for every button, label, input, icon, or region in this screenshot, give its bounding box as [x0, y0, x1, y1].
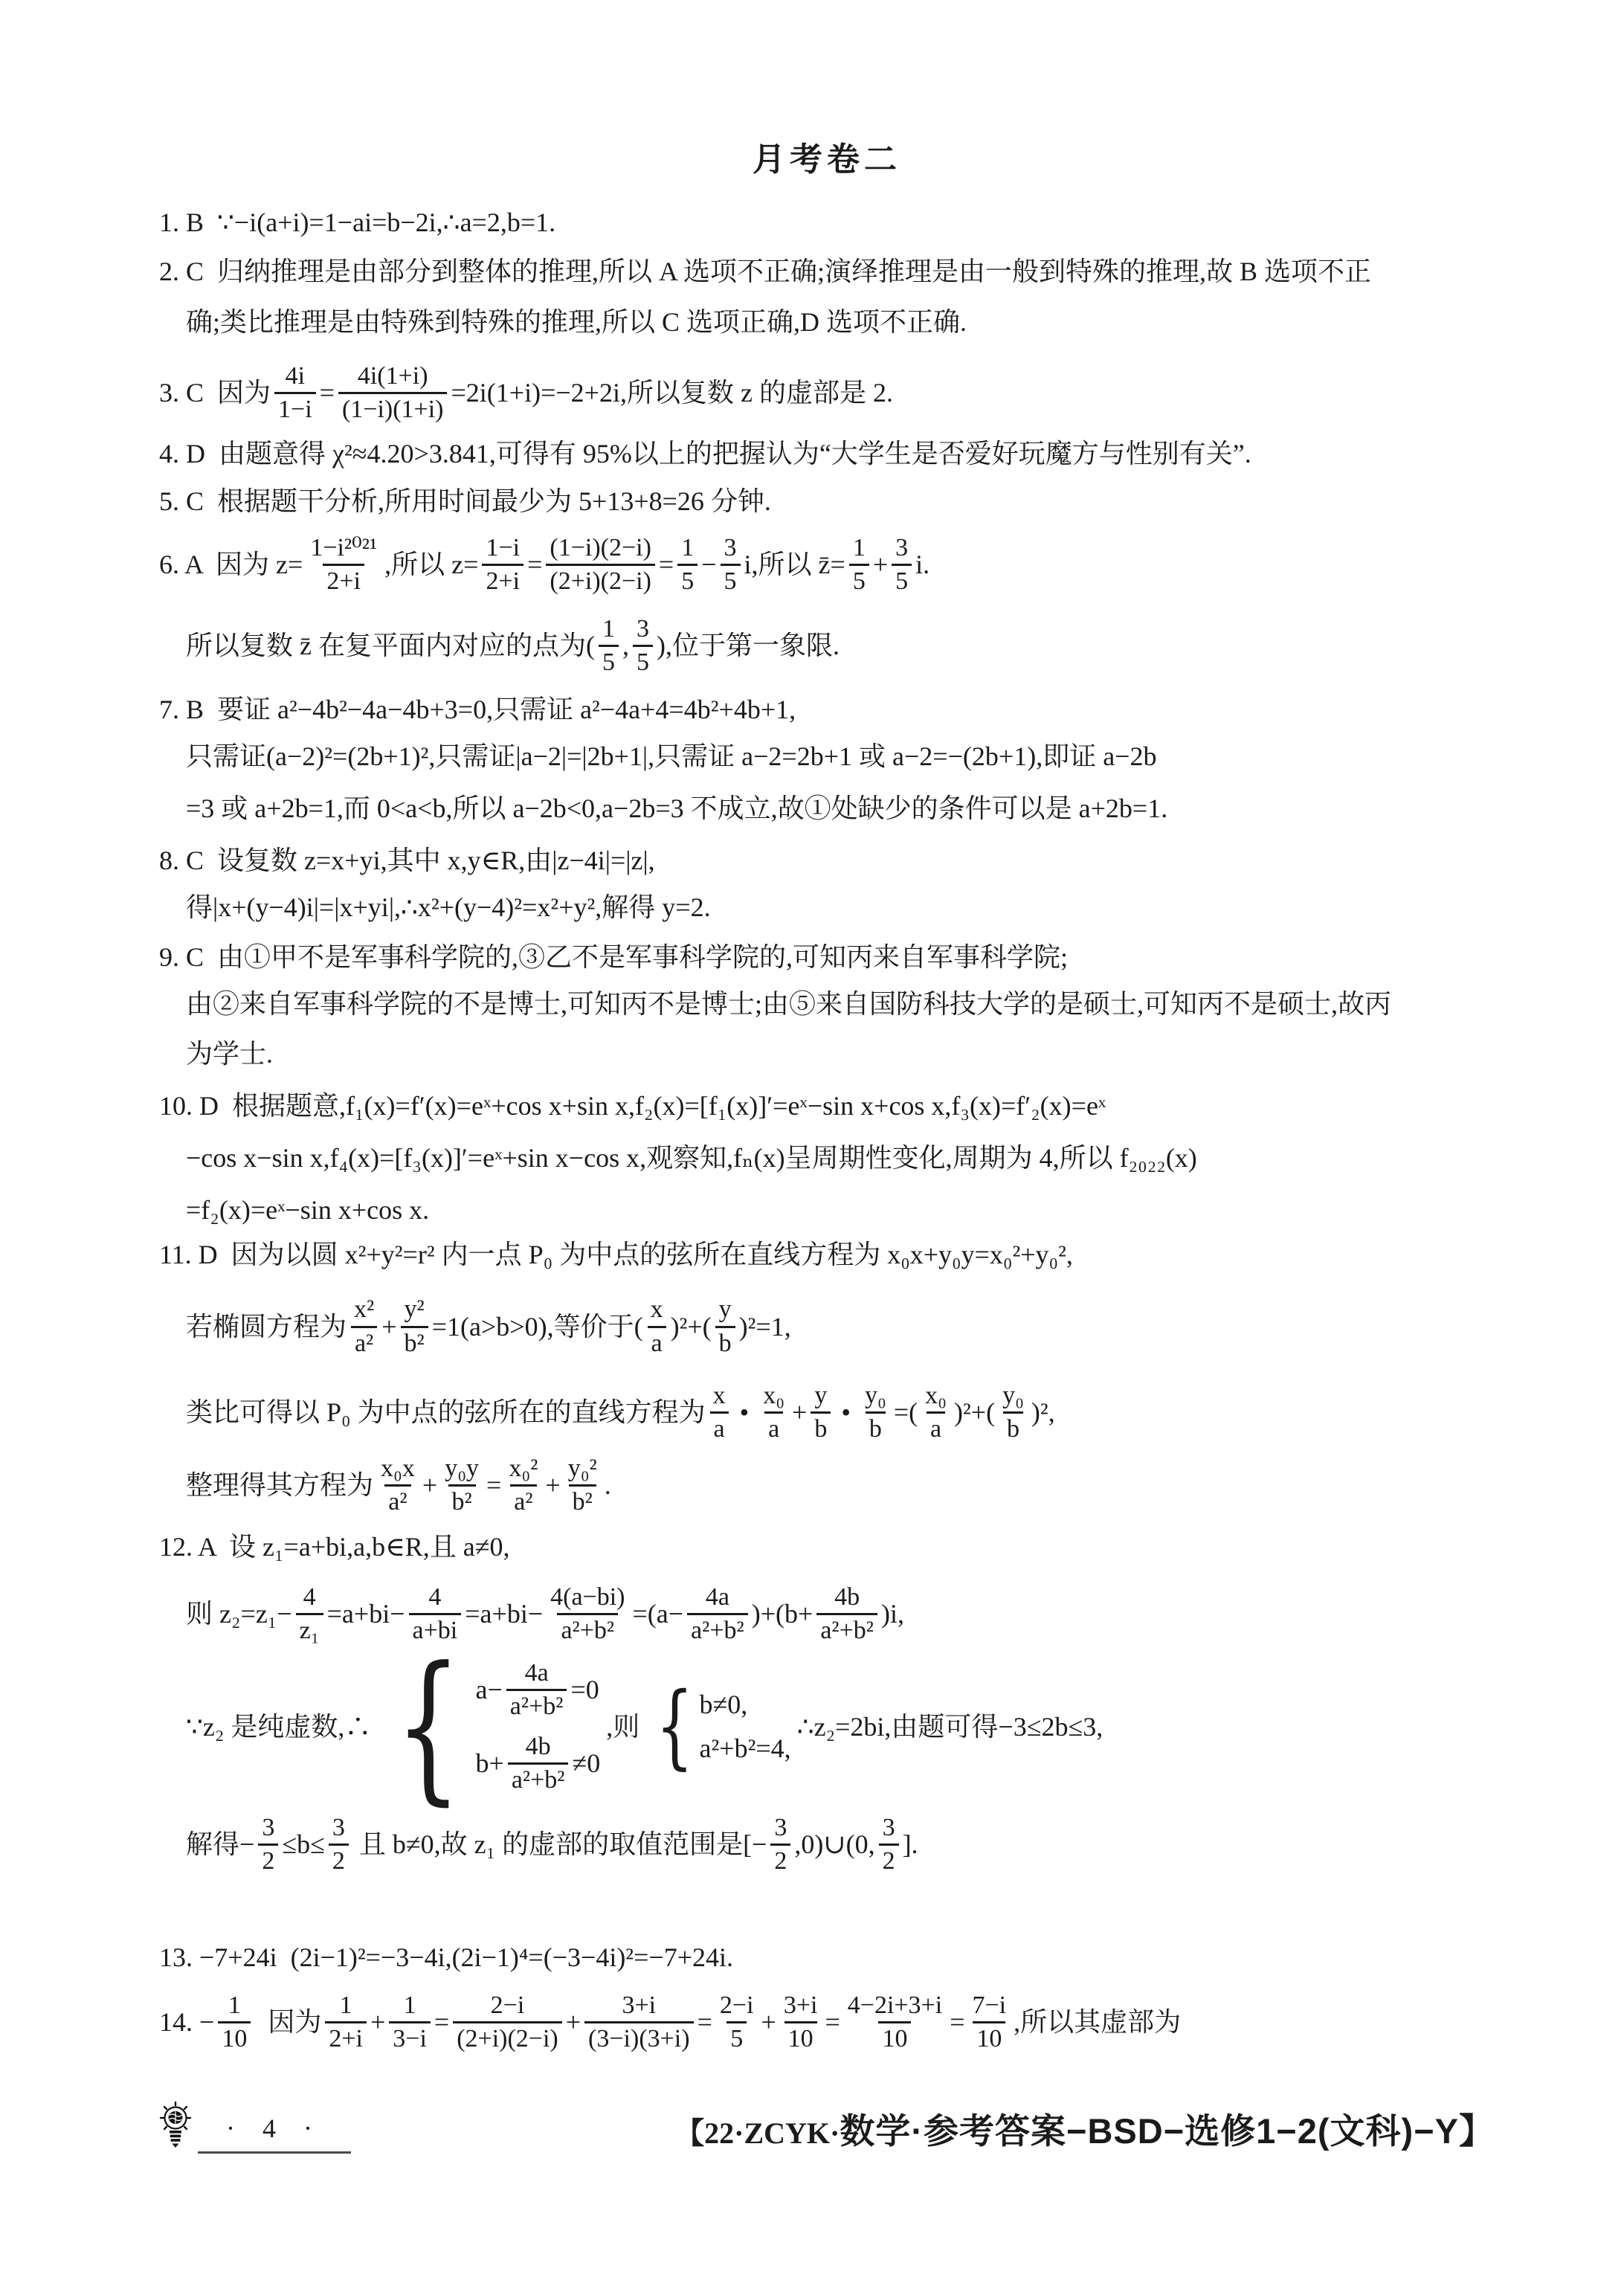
text-run: 解得− — [186, 1828, 254, 1861]
fraction-numerator: 4i(1+i) — [354, 361, 432, 392]
text-run: )², — [1031, 1396, 1055, 1429]
page-number: · 4 · — [226, 2113, 323, 2143]
fraction: x₀xa² — [377, 1454, 419, 1517]
text-run: 3. C 因为 — [159, 376, 271, 410]
fraction-denominator: a²+b² — [508, 1762, 569, 1795]
answer-line: 10. D 根据题意,f₁(x)=f′(x)=eˣ+cos x+sin x,f₂… — [159, 1089, 1495, 1123]
text-run: 由②来自军事科学院的不是博士,可知丙不是博士;由⑤来自国防科技大学的是硕士,可知… — [186, 988, 1391, 1021]
fraction-denominator: 2 — [879, 1844, 899, 1876]
fraction-denominator: 2 — [329, 1844, 349, 1876]
page: 月考卷二 1. B ∵−i(a+i)=1−ai=b−2i,∴a=2,b=1.2.… — [0, 0, 1624, 2283]
answer-line: 为学士. — [159, 1037, 1495, 1071]
fraction-numerator: 3 — [879, 1813, 899, 1844]
fraction-numerator: 3+i — [780, 1991, 822, 2021]
fraction: yb — [715, 1295, 735, 1358]
text-run: a− — [476, 1673, 503, 1707]
fraction-numerator: (1−i)(2−i) — [546, 533, 655, 564]
fraction: 3+i10 — [780, 1991, 822, 2054]
fraction-numerator: 7−i — [969, 1991, 1011, 2021]
fraction: 35 — [721, 533, 741, 596]
answer-line: 若椭圆方程为x²a²+y²b²=1(a>b>0),等价于(xa)²+(yb)²=… — [159, 1295, 1495, 1358]
fraction: 4−2i+3+i10 — [844, 1991, 946, 2054]
fraction: x₀a — [921, 1381, 950, 1444]
fraction: y₀b — [861, 1381, 890, 1444]
answer-line: 7. B 要证 a²−4b²−4a−4b+3=0,只需证 a²−4a+4=4b²… — [159, 692, 1495, 727]
text-run: ,所以 z= — [384, 548, 478, 582]
fraction-denominator: a — [710, 1411, 729, 1444]
fraction: 4z₁ — [296, 1582, 323, 1646]
text-run: ∵z₂ 是纯虚数,∴ — [186, 1710, 371, 1744]
fraction-numerator: y₀ — [999, 1381, 1028, 1411]
lightbulb-icon — [159, 2102, 192, 2154]
text-run: )²+( — [954, 1396, 995, 1429]
text-run: + — [566, 2006, 581, 2039]
text-run: 11. D 因为以圆 x²+y²=r² 内一点 P₀ 为中点的弦所在直线方程为 … — [159, 1238, 1073, 1272]
fraction-denominator: a²+b² — [557, 1613, 618, 1646]
fraction-numerator: 2−i — [487, 1991, 529, 2021]
fraction-numerator: 1 — [225, 1991, 245, 2021]
text-run: 5. C 根据题干分析,所用时间最少为 5+13+8=26 分钟. — [159, 485, 771, 518]
text-run: = — [527, 548, 542, 582]
cases-row: a²+b²=4, — [700, 1732, 791, 1765]
fraction-numerator: y — [811, 1381, 831, 1411]
fraction: y₀²b² — [564, 1454, 601, 1517]
fraction-denominator: 2+i — [323, 564, 364, 596]
fraction-denominator: 2+i — [325, 2021, 367, 2054]
fraction-denominator: 10 — [784, 2021, 817, 2054]
fraction-numerator: 4−2i+3+i — [844, 1991, 946, 2021]
fraction-denominator: a — [764, 1411, 783, 1444]
answer-line: 4. D 由题意得 χ²≈4.20>3.841,可得有 95%以上的把握认为“大… — [159, 437, 1495, 471]
fraction-numerator: 3+i — [619, 1991, 660, 2021]
fraction-denominator: a²+b² — [506, 1689, 567, 1722]
fraction-denominator: 2 — [258, 1844, 278, 1876]
fraction: 2−i5 — [716, 1991, 758, 2054]
fraction: 35 — [892, 533, 912, 596]
left-brace: { — [396, 1658, 463, 1795]
answer-line: 6. A 因为 z=1−i²⁰²¹2+i,所以 z=1−i2+i=(1−i)(2… — [159, 533, 1495, 596]
text-run: = — [434, 2006, 449, 2039]
text-run: =( — [894, 1396, 918, 1429]
text-run: 且 b≠0,故 z₁ 的虚部的取值范围是[− — [352, 1828, 767, 1861]
answer-line: 类比可得以 P₀ 为中点的弦所在的直线方程为xa • x₀a+yb • y₀b=… — [159, 1381, 1495, 1444]
fraction-denominator: 10 — [218, 2021, 251, 2054]
text-run: + — [370, 2006, 385, 2039]
fraction-denominator: 10 — [973, 2021, 1005, 2054]
text-run: . — [605, 1469, 611, 1502]
fraction-numerator: 4a — [702, 1582, 733, 1613]
answer-line: 解得−32≤b≤32 且 b≠0,故 z₁ 的虚部的取值范围是[−32,0)∪(… — [159, 1813, 1495, 1876]
text-run: ∴z₂=2bi,由题可得−3≤2b≤3, — [797, 1710, 1103, 1744]
fraction: 4ba²+b² — [816, 1582, 877, 1646]
text-run: = — [320, 376, 335, 410]
fraction: 4aa²+b² — [687, 1582, 748, 1646]
answer-line: 5. C 根据题干分析,所用时间最少为 5+13+8=26 分钟. — [159, 484, 1495, 518]
fraction-denominator: (2+i)(2−i) — [453, 2021, 562, 2054]
fraction-numerator: 1 — [677, 533, 697, 564]
text-run: )²=1, — [739, 1310, 791, 1344]
cases-row: b≠0, — [700, 1688, 748, 1722]
fraction-numerator: y₀ — [861, 1381, 890, 1411]
answer-line: 确;类比推理是由特殊到特殊的推理,所以 C 选项正确,D 选项不正确. — [159, 305, 1495, 339]
fraction-denominator: 2+i — [482, 564, 523, 596]
text-run: 因为 — [254, 2006, 321, 2039]
fraction: 32 — [258, 1813, 278, 1876]
text-run: ≠0 — [572, 1747, 600, 1780]
fraction-denominator: 1−i — [274, 392, 316, 425]
fraction-denominator: a² — [510, 1484, 536, 1517]
text-run: 只需证(a−2)²=(2b+1)²,只需证|a−2|=|2b+1|,只需证 a−… — [186, 740, 1156, 773]
text-run: ≤b≤ — [282, 1828, 325, 1861]
fraction: 2−i(2+i)(2−i) — [453, 1991, 562, 2054]
fraction-denominator: a — [648, 1326, 666, 1359]
text-run: ]. — [903, 1828, 918, 1861]
text-run: = — [825, 2006, 840, 2039]
fraction: 32 — [329, 1813, 349, 1876]
text-run: 若椭圆方程为 — [186, 1310, 347, 1344]
text-run: 类比可得以 P₀ 为中点的弦所在的直线方程为 — [186, 1396, 706, 1429]
text-run: 4. D 由题意得 χ²≈4.20>3.841,可得有 95%以上的把握认为“大… — [159, 437, 1251, 471]
text-run: 9. C 由①甲不是军事科学院的,③乙不是军事科学院的,可知丙来自军事科学院; — [159, 941, 1068, 974]
cases-group: {a−4aa²+b²=0b+4ba²+b²≠0 — [377, 1658, 600, 1795]
fraction-numerator: y — [715, 1295, 735, 1325]
fraction-numerator: 3 — [721, 533, 741, 564]
text-run: 则 z₂=z₁− — [186, 1597, 292, 1631]
fraction-numerator: 3 — [892, 533, 912, 564]
text-run: =f₂(x)=eˣ−sin x+cos x. — [186, 1194, 429, 1227]
fraction-denominator: a²+b² — [816, 1613, 877, 1646]
fraction-denominator: 10 — [878, 2021, 911, 2054]
fraction: 32 — [879, 1813, 899, 1876]
fraction-denominator: 5 — [892, 564, 912, 596]
fraction: 1−i2+i — [482, 533, 523, 596]
text-run: i,所以 z̄= — [744, 548, 845, 582]
answer-line: 8. C 设复数 z=x+yi,其中 x,y∈R,由|z−4i|=|z|, — [159, 843, 1495, 878]
text-run: 2. C 归纳推理是由部分到整体的推理,所以 A 选项不正确;演绎推理是由一般到… — [159, 255, 1371, 289]
fraction-denominator: 5 — [599, 645, 619, 677]
text-run: 8. C 设复数 z=x+yi,其中 x,y∈R,由|z−4i|=|z|, — [159, 844, 655, 878]
fraction-denominator: b² — [401, 1326, 428, 1359]
fraction-numerator: x₀ — [759, 1381, 788, 1411]
fraction: 4ba²+b² — [508, 1732, 569, 1795]
fraction-numerator: 4b — [831, 1582, 863, 1613]
fraction-denominator: 5 — [677, 564, 697, 596]
fraction-numerator: 4 — [425, 1582, 445, 1613]
fraction-denominator: b² — [448, 1484, 476, 1517]
fraction: 1−i²⁰²¹2+i — [306, 533, 381, 596]
text-run: )+(b+ — [752, 1597, 813, 1631]
fraction: y²b² — [401, 1295, 428, 1358]
fraction-numerator: x₀x — [377, 1454, 419, 1484]
text-run: ),位于第一象限. — [657, 629, 840, 663]
fraction-numerator: 4 — [300, 1582, 320, 1613]
fraction-numerator: 1−i²⁰²¹ — [306, 533, 381, 564]
answer-line: 只需证(a−2)²=(2b+1)²,只需证|a−2|=|2b+1|,只需证 a−… — [159, 739, 1495, 773]
fraction-denominator: a²+b² — [687, 1613, 748, 1646]
fraction-denominator: b — [715, 1326, 735, 1359]
fraction-numerator: 4b — [522, 1732, 555, 1762]
fraction: 4i(1+i)(1−i)(1+i) — [338, 361, 448, 425]
fraction-denominator: a — [927, 1411, 945, 1444]
footer: · 4 · 【22·ZCYK· 数学·参考答案−BSD−选修1−2(文科)−Y】 — [159, 2102, 1495, 2154]
page-title: 月考卷二 — [159, 132, 1495, 180]
fraction-numerator: 4a — [521, 1658, 552, 1689]
fraction-denominator: b — [866, 1411, 886, 1444]
fraction-numerator: y² — [401, 1295, 428, 1325]
fraction: y₀yb² — [441, 1454, 483, 1517]
text-run: + — [873, 548, 888, 582]
fraction: 4(a−bi)a²+b² — [547, 1582, 628, 1646]
fraction-numerator: 3 — [633, 614, 653, 645]
fraction-denominator: 2 — [770, 1844, 790, 1876]
text-run: 为学士. — [186, 1037, 273, 1071]
answer-line: =f₂(x)=eˣ−sin x+cos x. — [159, 1193, 1495, 1227]
fraction-denominator: (2+i)(2−i) — [546, 564, 655, 596]
page-number-box: · 4 · — [198, 2113, 351, 2154]
answer-line: 所以复数 z̄ 在复平面内对应的点为(15,35),位于第一象限. — [159, 614, 1495, 677]
answer-line: 13. −7+24i (2i−1)²=−3−4i,(2i−1)⁴=(−3−4i)… — [159, 1941, 1495, 1975]
fraction-numerator: x₀² — [505, 1454, 541, 1484]
text-run: 10. D 根据题意,f₁(x)=f′(x)=eˣ+cos x+sin x,f₂… — [159, 1089, 1106, 1123]
fraction: 15 — [677, 533, 697, 596]
fraction-numerator: 2−i — [716, 1991, 758, 2021]
answer-line: 整理得其方程为x₀xa²+y₀yb²=x₀²a²+y₀²b². — [159, 1454, 1495, 1517]
fraction-numerator: x² — [350, 1295, 378, 1325]
text-run: + — [545, 1469, 560, 1502]
fraction: 4i1−i — [274, 361, 316, 425]
text-run: = — [950, 2006, 964, 2039]
text-run: ,则 — [606, 1710, 639, 1744]
answer-line: 9. C 由①甲不是军事科学院的,③乙不是军事科学院的,可知丙来自军事科学院; — [159, 940, 1495, 974]
answer-line: 则 z₂=z₁−4z₁=a+bi−4a+bi=a+bi−4(a−bi)a²+b²… — [159, 1582, 1495, 1646]
footer-left: · 4 · — [159, 2102, 351, 2154]
text-run: 所以复数 z̄ 在复平面内对应的点为( — [186, 629, 595, 663]
fraction: 7−i10 — [969, 1991, 1011, 2054]
fraction-denominator: 5 — [726, 2021, 747, 2054]
cases-rows: b≠0,a²+b²=4, — [700, 1688, 791, 1765]
fraction-numerator: 3 — [770, 1813, 790, 1844]
answer-line: 14. −110 因为12+i+13−i=2−i(2+i)(2−i)+3+i(3… — [159, 1991, 1495, 2054]
fraction-denominator: a² — [351, 1326, 377, 1359]
text-run: + — [792, 1396, 807, 1429]
footer-code: 【22·ZCYK· — [674, 2110, 840, 2152]
fraction: 13−i — [389, 1991, 431, 2054]
text-run: 14. − — [159, 2006, 214, 2039]
fraction: 15 — [849, 533, 869, 596]
fraction-numerator: y₀y — [441, 1454, 483, 1484]
text-run: i. — [915, 548, 929, 582]
text-run: + — [422, 1469, 437, 1502]
text-run: + — [381, 1310, 396, 1344]
fraction-denominator: a² — [384, 1484, 410, 1517]
answer-line: 11. D 因为以圆 x²+y²=r² 内一点 P₀ 为中点的弦所在直线方程为 … — [159, 1237, 1495, 1272]
answer-line: 2. C 归纳推理是由部分到整体的推理,所以 A 选项不正确;演绎推理是由一般到… — [159, 254, 1495, 289]
text-run: = — [486, 1469, 501, 1502]
fraction-denominator: b² — [569, 1484, 596, 1517]
text-run: 13. −7+24i (2i−1)²=−3−4i,(2i−1)⁴=(−3−4i)… — [159, 1941, 733, 1974]
fraction: 12+i — [325, 1991, 367, 2054]
text-run: )²+( — [671, 1310, 712, 1344]
text-run: 确;类比推理是由特殊到特殊的推理,所以 C 选项正确,D 选项不正确. — [186, 306, 967, 339]
text-run: 得|x+(y−4)i|=|x+yi|,∴x²+(y−4)²=x²+y²,解得 y… — [186, 891, 711, 924]
fraction: 3+i(3−i)(3+i) — [584, 1991, 694, 2054]
fraction-denominator: 3−i — [389, 2021, 431, 2054]
fraction-numerator: 1 — [336, 1991, 356, 2021]
fraction: 110 — [218, 1991, 251, 2054]
fraction-numerator: x — [647, 1295, 667, 1325]
text-run: =(a− — [632, 1597, 683, 1631]
text-run: 7. B 要证 a²−4b²−4a−4b+3=0,只需证 a²−4a+4=4b²… — [159, 693, 796, 727]
fraction-denominator: z₁ — [296, 1613, 323, 1646]
text-run: + — [761, 2006, 776, 2039]
text-run: • — [834, 1396, 857, 1429]
footer-title: 数学·参考答案−BSD−选修1−2(文科)−Y】 — [840, 2104, 1495, 2154]
fraction: xa — [709, 1381, 729, 1444]
answer-line: 由②来自军事科学院的不是博士,可知丙不是博士;由⑤来自国防科技大学的是硕士,可知… — [159, 987, 1495, 1021]
answer-line: =3 或 a+2b=1,而 0<a<b,所以 a−2b<0,a−2b=3 不成立… — [159, 791, 1495, 825]
fraction: x²a² — [350, 1295, 378, 1358]
fraction-numerator: 4(a−bi) — [547, 1582, 628, 1613]
text-run: =3 或 a+2b=1,而 0<a<b,所以 a−2b<0,a−2b=3 不成立… — [186, 792, 1167, 825]
text-run: 1. B ∵−i(a+i)=1−ai=b−2i,∴a=2,b=1. — [159, 206, 555, 239]
left-brace: { — [656, 1688, 694, 1766]
fraction-numerator: 1−i — [482, 533, 523, 564]
cases-rows: a−4aa²+b²=0b+4ba²+b²≠0 — [476, 1658, 601, 1795]
fraction: x₀²a² — [505, 1454, 541, 1517]
text-run: =a+bi− — [327, 1597, 405, 1631]
fraction-denominator: 5 — [633, 645, 653, 677]
fraction: y₀b — [999, 1381, 1028, 1444]
text-run: =0 — [570, 1673, 599, 1707]
text-run: =2i(1+i)=−2+2i,所以复数 z 的虚部是 2. — [451, 376, 892, 410]
answer-line: 得|x+(y−4)i|=|x+yi|,∴x²+(y−4)²=x²+y²,解得 y… — [159, 890, 1495, 924]
fraction-numerator: 3 — [329, 1813, 349, 1844]
answer-line: 12. A 设 z₁=a+bi,a,b∈R,且 a≠0, — [159, 1530, 1495, 1565]
fraction-denominator: (3−i)(3+i) — [584, 2021, 694, 2054]
cases-group: {b≠0,a²+b²=4, — [645, 1688, 790, 1766]
text-run: ,所以其虚部为 — [1014, 2006, 1181, 2039]
text-run: ,0)∪(0, — [794, 1828, 874, 1861]
text-run: − — [701, 548, 716, 582]
cases-row: a−4aa²+b²=0 — [476, 1658, 599, 1722]
fraction: x₀a — [759, 1381, 788, 1444]
answer-line: 1. B ∵−i(a+i)=1−ai=b−2i,∴a=2,b=1. — [159, 205, 1495, 239]
fraction-numerator: x — [709, 1381, 729, 1411]
text-run: • — [733, 1396, 756, 1429]
answer-line: −cos x−sin x,f₄(x)=[f₃(x)]′=eˣ+sin x−cos… — [159, 1141, 1495, 1175]
fraction: 15 — [599, 614, 619, 677]
fraction-numerator: 3 — [258, 1813, 278, 1844]
text-run: = — [659, 548, 674, 582]
answer-line: ∵z₂ 是纯虚数,∴{a−4aa²+b²=0b+4ba²+b²≠0,则{b≠0,… — [159, 1658, 1495, 1795]
text-run: b≠0, — [700, 1688, 748, 1722]
fraction-numerator: 1 — [849, 533, 869, 564]
fraction-numerator: y₀² — [564, 1454, 601, 1484]
fraction-numerator: 1 — [400, 1991, 420, 2021]
text-run: =a+bi− — [465, 1597, 543, 1631]
text-run: a²+b²=4, — [700, 1732, 791, 1765]
fraction: yb — [811, 1381, 831, 1444]
text-run: 整理得其方程为 — [186, 1469, 373, 1502]
fraction-denominator: b — [811, 1411, 831, 1444]
answer-line: 3. C 因为4i1−i=4i(1+i)(1−i)(1+i)=2i(1+i)=−… — [159, 361, 1495, 425]
fraction-numerator: 1 — [599, 614, 619, 645]
text-run: )i, — [881, 1597, 904, 1631]
fraction-denominator: b — [1003, 1411, 1023, 1444]
footer-caption: 【22·ZCYK· 数学·参考答案−BSD−选修1−2(文科)−Y】 — [674, 2104, 1495, 2154]
cases-row: b+4ba²+b²≠0 — [476, 1732, 601, 1795]
fraction-denominator: 5 — [721, 564, 741, 596]
text-run: 6. A 因为 z= — [159, 548, 303, 582]
text-run: = — [697, 2006, 712, 2039]
fraction-denominator: 5 — [849, 564, 869, 596]
fraction-numerator: 4i — [282, 361, 309, 392]
fraction: (1−i)(2−i)(2+i)(2−i) — [546, 533, 655, 596]
fraction-denominator: (1−i)(1+i) — [338, 392, 448, 425]
fraction: 32 — [770, 1813, 790, 1876]
text-run: −cos x−sin x,f₄(x)=[f₃(x)]′=eˣ+sin x−cos… — [186, 1141, 1197, 1175]
text-run: b+ — [476, 1747, 504, 1780]
fraction: xa — [647, 1295, 667, 1358]
text-run: , — [622, 629, 629, 663]
fraction: 35 — [633, 614, 653, 677]
answer-lines: 1. B ∵−i(a+i)=1−ai=b−2i,∴a=2,b=1.2. C 归纳… — [159, 205, 1495, 2054]
text-run: =1(a>b>0),等价于( — [432, 1310, 643, 1344]
fraction: 4aa²+b² — [506, 1658, 567, 1722]
text-run: 12. A 设 z₁=a+bi,a,b∈R,且 a≠0, — [159, 1530, 510, 1564]
fraction-numerator: x₀ — [921, 1381, 950, 1411]
